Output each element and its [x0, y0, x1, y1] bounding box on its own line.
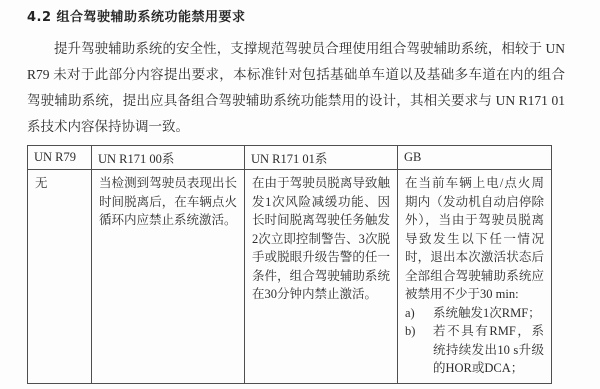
col-header-un-r171-00: UN R171 00系 — [92, 146, 245, 170]
list-marker: a) — [405, 304, 433, 323]
cell-un-r79: 无 — [28, 170, 92, 384]
document-page: 4.2 组合驾驶辅助系统功能禁用要求 提升驾驶辅助系统的安全性，支撑规范驾驶员合… — [0, 0, 600, 389]
list-marker: b) — [405, 322, 433, 341]
table-header-row: UN R79 UN R171 00系 UN R171 01系 GB — [28, 146, 552, 170]
cell-gb: 在当前车辆上电/点火周期内（发动机自动启停除外），当由于驾驶员脱离导致发生以下任… — [398, 170, 552, 384]
table-row: 无 当检测到驾驶员表现出长时间脱离后，在车辆点火循环内应禁止系统激活。 在由于驾… — [28, 170, 552, 384]
gb-list-item-b: b) 若不具有RMF，系统持续发出10 s升级的HOR或DCA； — [405, 322, 544, 378]
cell-un-r171-00: 当检测到驾驶员表现出长时间脱离后，在车辆点火循环内应禁止系统激活。 — [92, 170, 245, 384]
regulation-comparison-table: UN R79 UN R171 00系 UN R171 01系 GB 无 当检测到… — [27, 145, 552, 384]
section-heading: 4.2 组合驾驶辅助系统功能禁用要求 — [27, 8, 576, 28]
gb-list-item-a: a) 系统触发1次RMF； — [405, 304, 544, 323]
intro-paragraph: 提升驾驶辅助系统的安全性，支撑规范驾驶员合理使用组合驾驶辅助系统，相较于 UN … — [27, 36, 565, 140]
col-header-un-r171-01: UN R171 01系 — [245, 146, 398, 170]
col-header-un-r79: UN R79 — [28, 146, 92, 170]
gb-intro-text: 在当前车辆上电/点火周期内（发动机自动启停除外），当由于驾驶员脱离导致发生以下任… — [405, 174, 544, 304]
list-item-text: 系统触发1次RMF； — [433, 304, 544, 323]
cell-un-r171-01: 在由于驾驶员脱离导致触发1次风险减缓功能、因长时间脱离驾驶任务触发2次立即控制警… — [245, 170, 398, 384]
col-header-gb: GB — [398, 146, 552, 170]
list-item-text: 若不具有RMF，系统持续发出10 s升级的HOR或DCA； — [433, 322, 544, 378]
